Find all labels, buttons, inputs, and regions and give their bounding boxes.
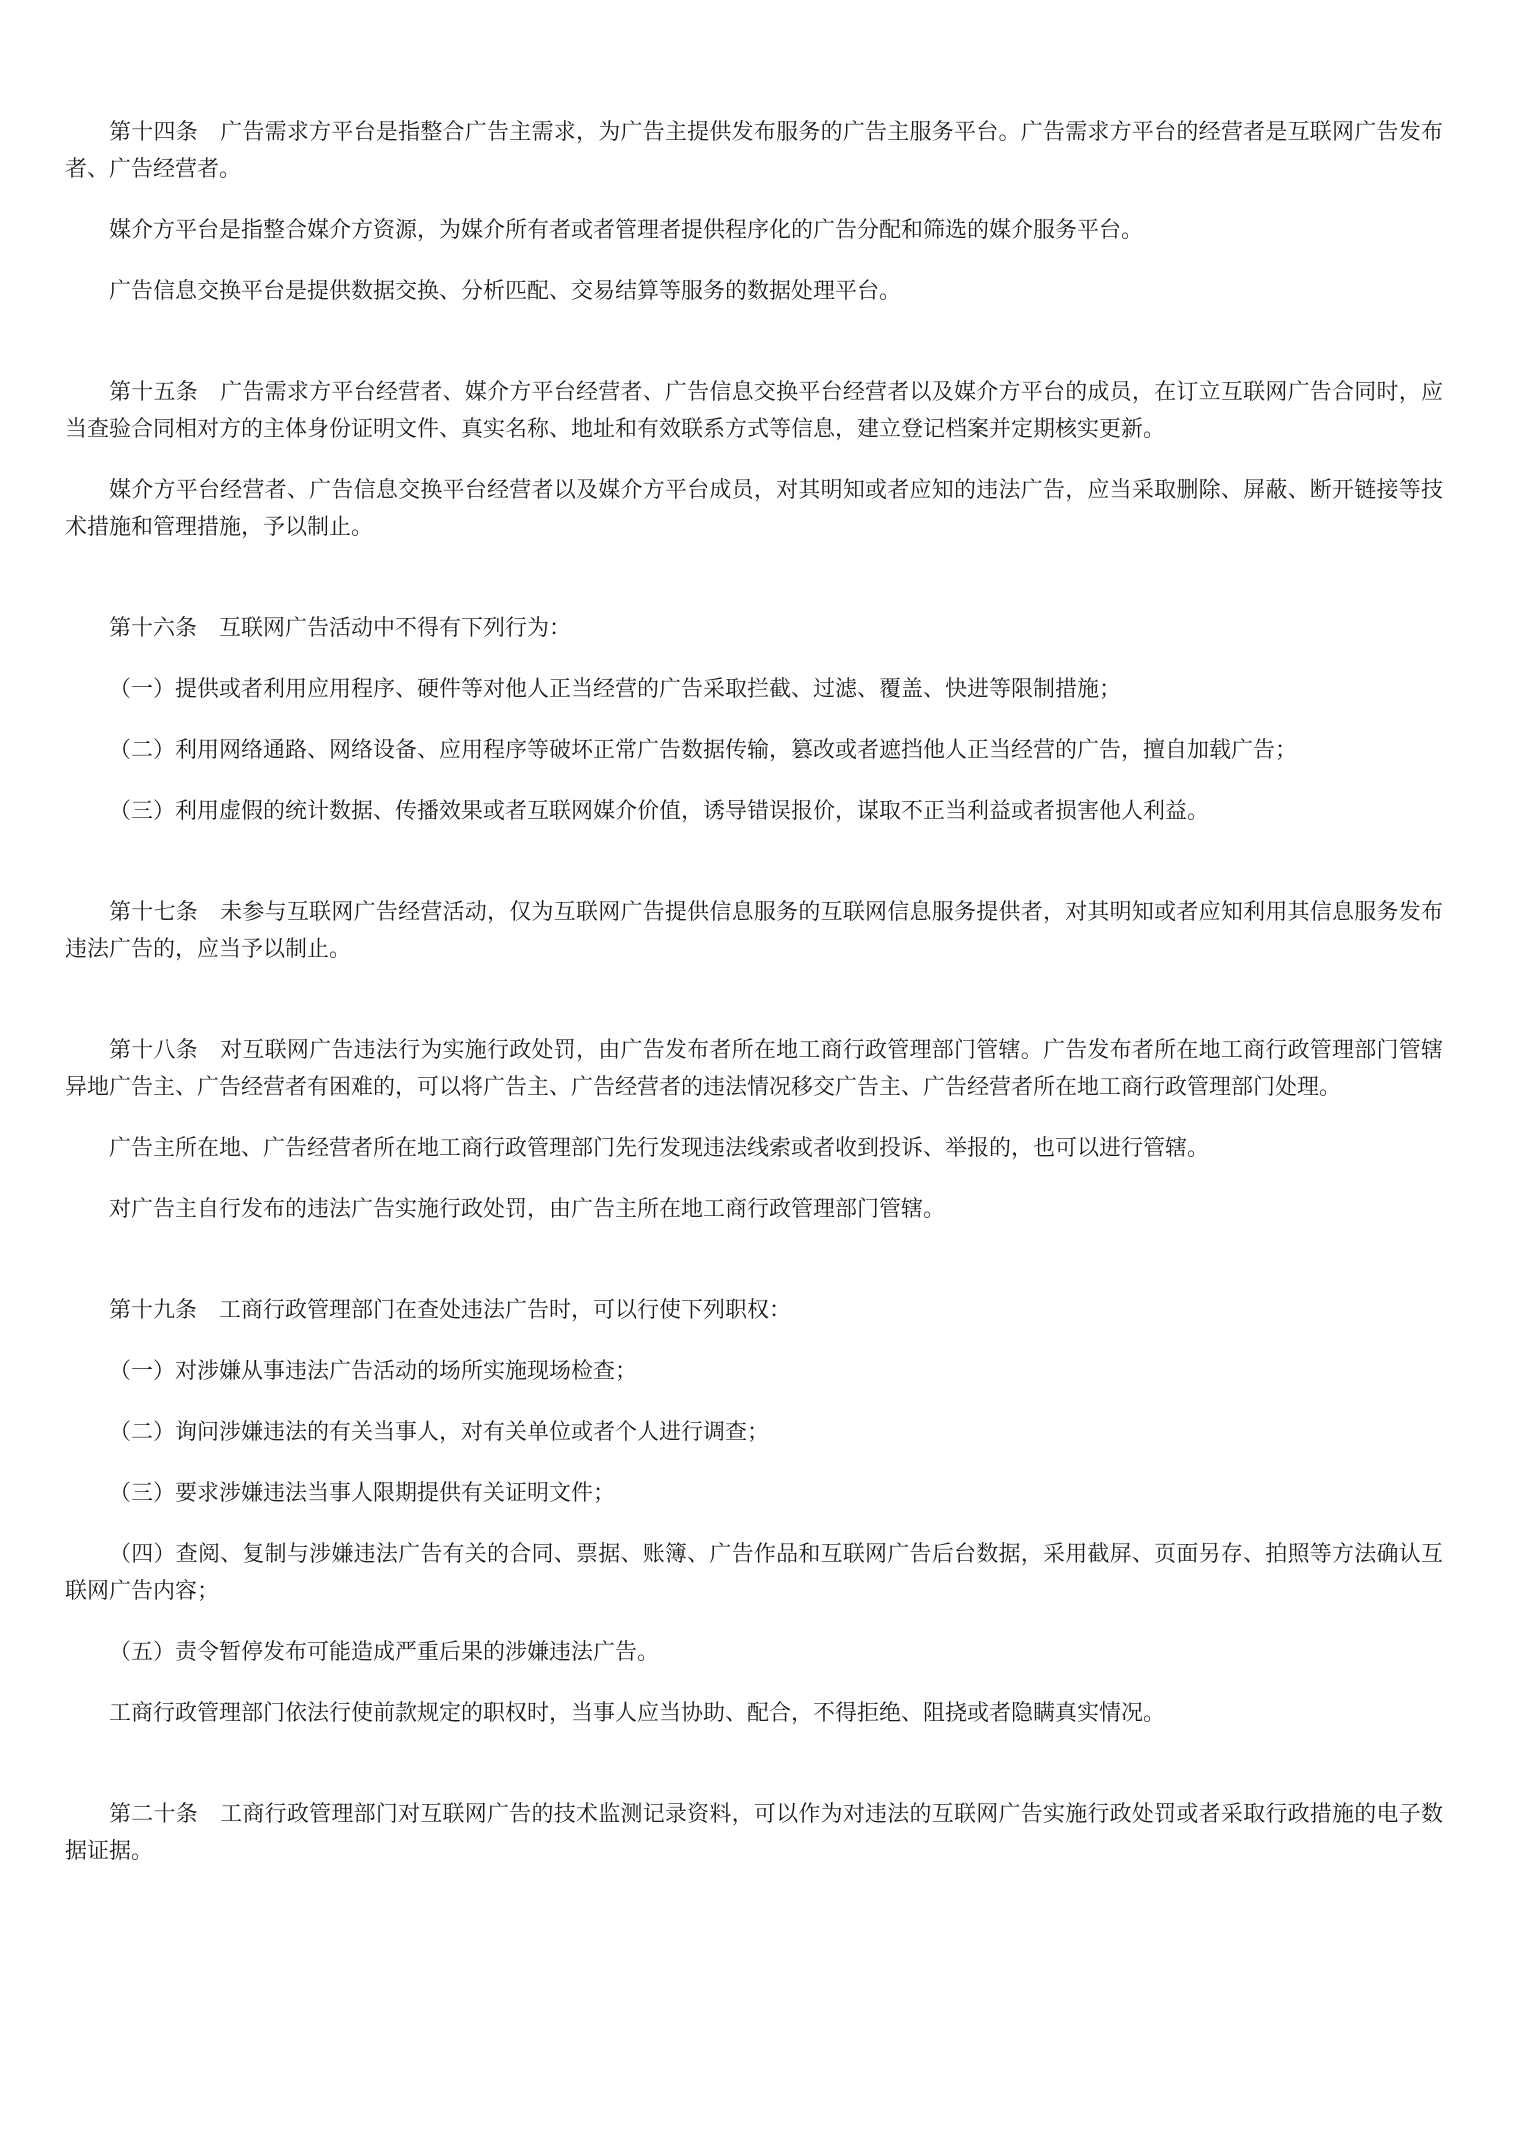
paragraph: （四）查阅、复制与涉嫌违法广告有关的合同、票据、账簿、广告作品和互联网广告后台数…: [65, 1535, 1443, 1609]
paragraph: （一）提供或者利用应用程序、硬件等对他人正当经营的广告采取拦截、过滤、覆盖、快进…: [65, 670, 1443, 707]
article: 第十五条 广告需求方平台经营者、媒介方平台经营者、广告信息交换平台经营者以及媒介…: [65, 373, 1443, 545]
paragraph: （一）对涉嫌从事违法广告活动的场所实施现场检查；: [65, 1352, 1443, 1389]
paragraph: （二）询问涉嫌违法的有关当事人，对有关单位或者个人进行调查；: [65, 1413, 1443, 1450]
article: 第十四条 广告需求方平台是指整合广告主需求，为广告主提供发布服务的广告主服务平台…: [65, 113, 1443, 309]
paragraph: 媒介方平台是指整合媒介方资源，为媒介所有者或者管理者提供程序化的广告分配和筛选的…: [65, 211, 1443, 248]
document-body: 第十四条 广告需求方平台是指整合广告主需求，为广告主提供发布服务的广告主服务平台…: [65, 113, 1443, 1869]
paragraph: 对广告主自行发布的违法广告实施行政处罚，由广告主所在地工商行政管理部门管辖。: [65, 1190, 1443, 1227]
paragraph: 第二十条 工商行政管理部门对互联网广告的技术监测记录资料，可以作为对违法的互联网…: [65, 1795, 1443, 1869]
paragraph: （三）要求涉嫌违法当事人限期提供有关证明文件；: [65, 1474, 1443, 1511]
paragraph: （二）利用网络通路、网络设备、应用程序等破坏正常广告数据传输，篡改或者遮挡他人正…: [65, 731, 1443, 768]
paragraph: 第十九条 工商行政管理部门在查处违法广告时，可以行使下列职权：: [65, 1291, 1443, 1328]
article: 第十六条 互联网广告活动中不得有下列行为：（一）提供或者利用应用程序、硬件等对他…: [65, 609, 1443, 829]
legal-document-page: 第十四条 广告需求方平台是指整合广告主需求，为广告主提供发布服务的广告主服务平台…: [0, 0, 1520, 2150]
paragraph: （三）利用虚假的统计数据、传播效果或者互联网媒介价值，诱导错误报价，谋取不正当利…: [65, 792, 1443, 829]
paragraph: （五）责令暂停发布可能造成严重后果的涉嫌违法广告。: [65, 1633, 1443, 1670]
article: 第十七条 未参与互联网广告经营活动，仅为互联网广告提供信息服务的互联网信息服务提…: [65, 893, 1443, 967]
document-page: { "page": { "background_color": "#ffffff…: [0, 0, 1520, 2150]
article: 第二十条 工商行政管理部门对互联网广告的技术监测记录资料，可以作为对违法的互联网…: [65, 1795, 1443, 1869]
paragraph: 第十四条 广告需求方平台是指整合广告主需求，为广告主提供发布服务的广告主服务平台…: [65, 113, 1443, 187]
paragraph: 广告信息交换平台是提供数据交换、分析匹配、交易结算等服务的数据处理平台。: [65, 272, 1443, 309]
paragraph: 第十八条 对互联网广告违法行为实施行政处罚，由广告发布者所在地工商行政管理部门管…: [65, 1031, 1443, 1105]
paragraph: 广告主所在地、广告经营者所在地工商行政管理部门先行发现违法线索或者收到投诉、举报…: [65, 1129, 1443, 1166]
article: 第十九条 工商行政管理部门在查处违法广告时，可以行使下列职权：（一）对涉嫌从事违…: [65, 1291, 1443, 1731]
paragraph: 第十七条 未参与互联网广告经营活动，仅为互联网广告提供信息服务的互联网信息服务提…: [65, 893, 1443, 967]
article: 第十八条 对互联网广告违法行为实施行政处罚，由广告发布者所在地工商行政管理部门管…: [65, 1031, 1443, 1227]
paragraph: 媒介方平台经营者、广告信息交换平台经营者以及媒介方平台成员，对其明知或者应知的违…: [65, 471, 1443, 545]
paragraph: 第十五条 广告需求方平台经营者、媒介方平台经营者、广告信息交换平台经营者以及媒介…: [65, 373, 1443, 447]
paragraph: 工商行政管理部门依法行使前款规定的职权时，当事人应当协助、配合，不得拒绝、阻挠或…: [65, 1694, 1443, 1731]
paragraph: 第十六条 互联网广告活动中不得有下列行为：: [65, 609, 1443, 646]
